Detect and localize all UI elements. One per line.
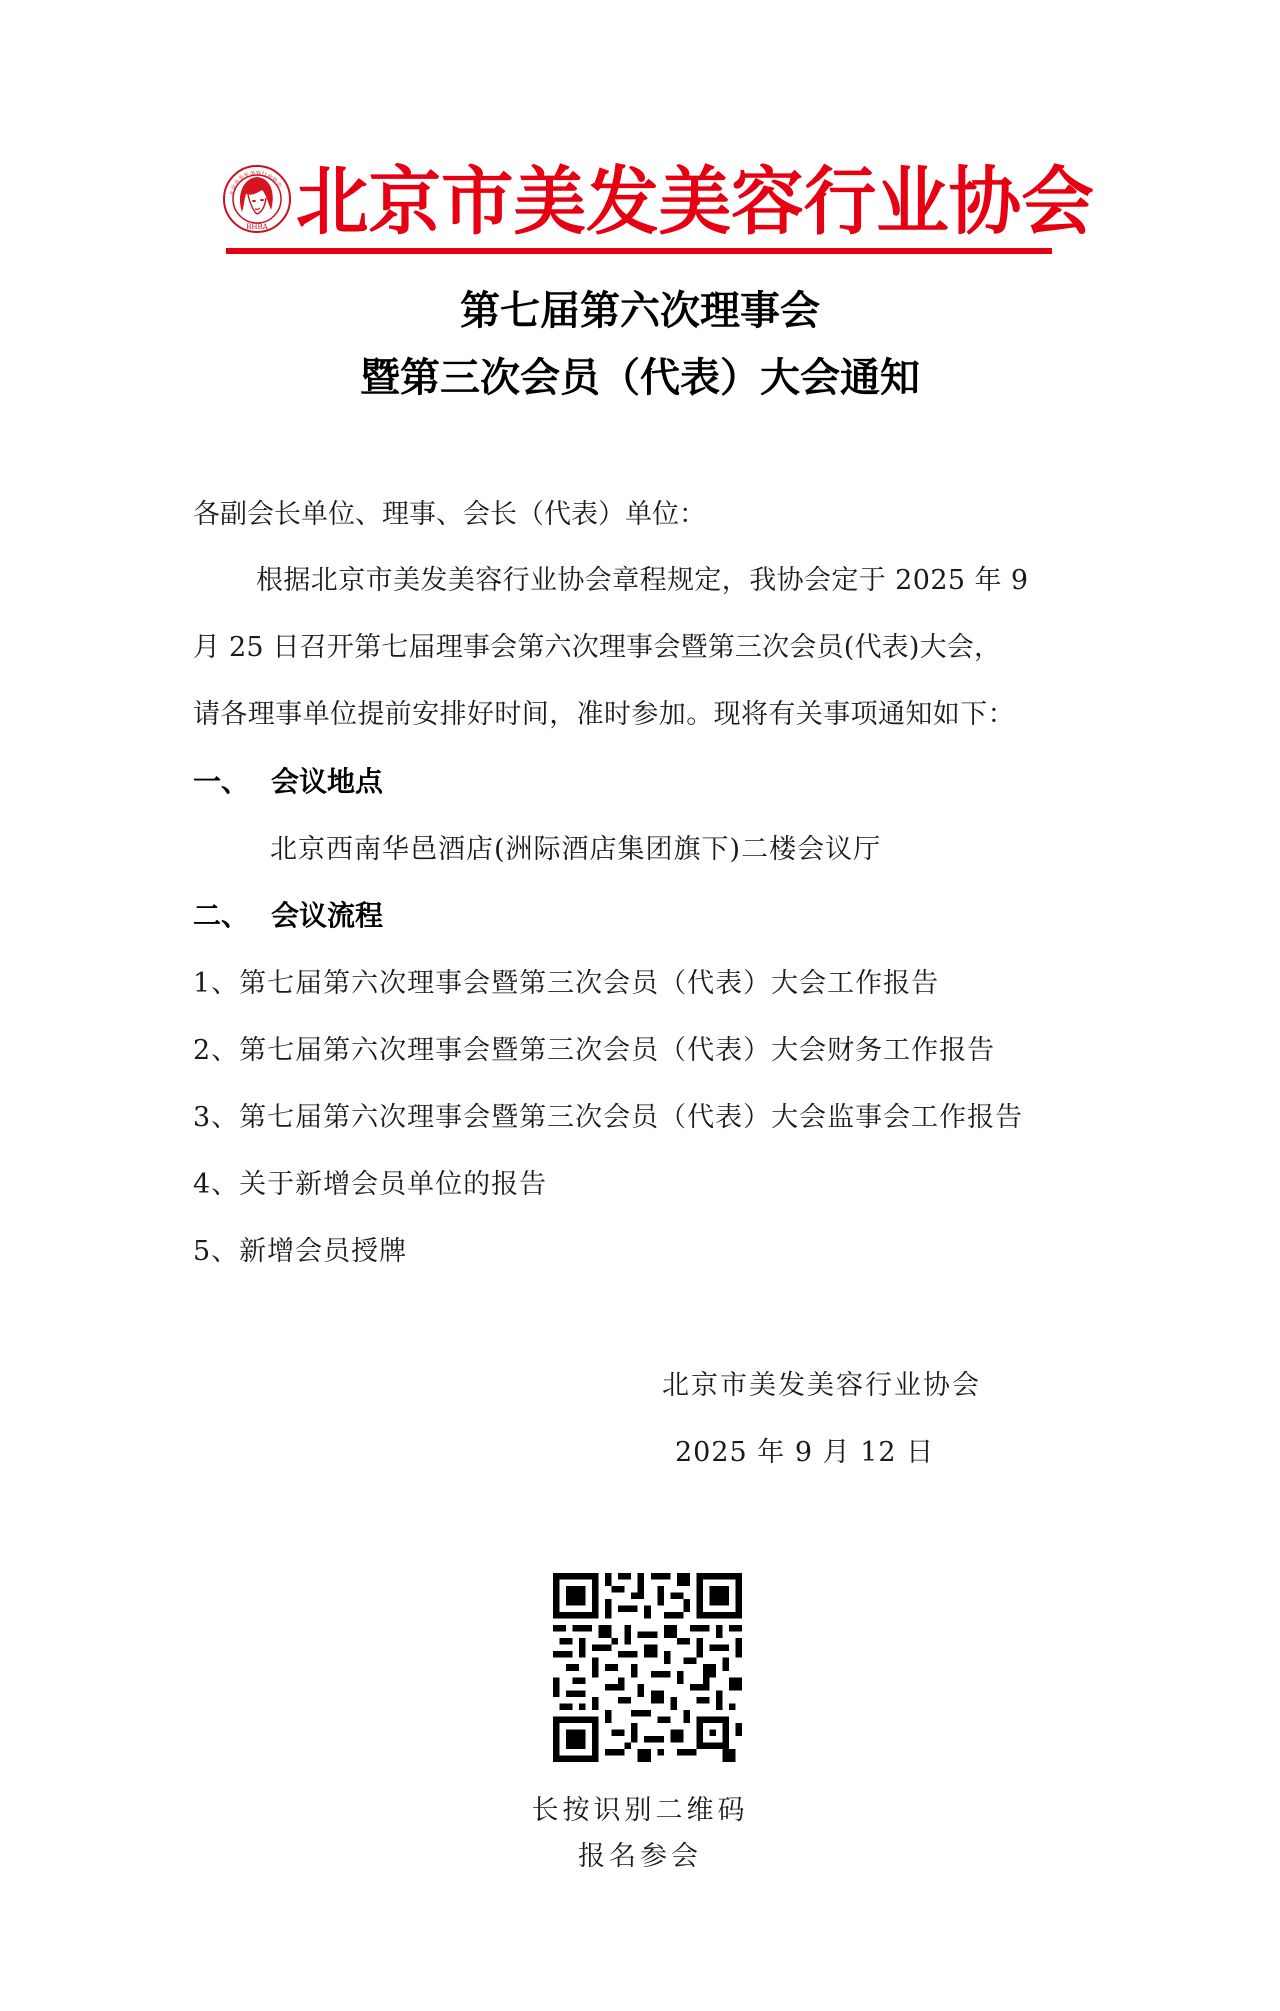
agenda-item: 1、第七届第六次理事会暨第三次会员（代表）大会工作报告 — [193, 966, 939, 1002]
section-heading-venue: 一、会议地点 — [193, 764, 383, 800]
svg-text:BHBA: BHBA — [246, 223, 268, 231]
signature-date: 2025 年 9 月 12 日 — [675, 1435, 934, 1471]
agenda-item: 4、关于新增会员单位的报告 — [193, 1167, 547, 1203]
qr-caption-line1: 长按识别二维码 — [0, 1793, 1280, 1829]
agenda-item: 3、第七届第六次理事会暨第三次会员（代表）大会监事会工作报告 — [193, 1100, 1023, 1136]
association-logo-icon: 北京市美发美容行业协会 BHBA — [222, 164, 292, 234]
intro-line-1: 根据北京市美发美容行业协会章程规定，我协会定于 2025 年 9 — [256, 563, 1028, 599]
agenda-item: 5、新增会员授牌 — [193, 1234, 407, 1270]
section-heading-agenda: 二、会议流程 — [193, 898, 383, 934]
notice-title-line2: 暨第三次会员（代表）大会通知 — [0, 353, 1280, 403]
salutation: 各副会长单位、理事、会长（代表）单位： — [193, 497, 706, 533]
intro-line-3: 请各理事单位提前安排好时间，准时参加。现将有关事项通知如下： — [193, 697, 1015, 733]
intro-line-2: 月 25 日召开第七届理事会第六次理事会暨第三次会员(代表)大会， — [193, 630, 1001, 666]
qr-code-icon[interactable] — [553, 1573, 742, 1762]
section-title: 会议流程 — [271, 899, 383, 932]
section-number: 二、 — [193, 898, 271, 934]
notice-title-line1: 第七届第六次理事会 — [0, 286, 1280, 336]
letterhead-red-rule — [226, 248, 1052, 254]
letterhead-org-name: 北京市美发美容行业协会 — [296, 160, 1094, 244]
qr-caption-line2: 报名参会 — [0, 1839, 1280, 1875]
signature-org: 北京市美发美容行业协会 — [662, 1368, 981, 1404]
section-title: 会议地点 — [271, 765, 383, 798]
venue-text: 北京西南华邑酒店(洲际酒店集团旗下)二楼会议厅 — [270, 832, 881, 868]
agenda-item: 2、第七届第六次理事会暨第三次会员（代表）大会财务工作报告 — [193, 1033, 995, 1069]
section-number: 一、 — [193, 764, 271, 800]
